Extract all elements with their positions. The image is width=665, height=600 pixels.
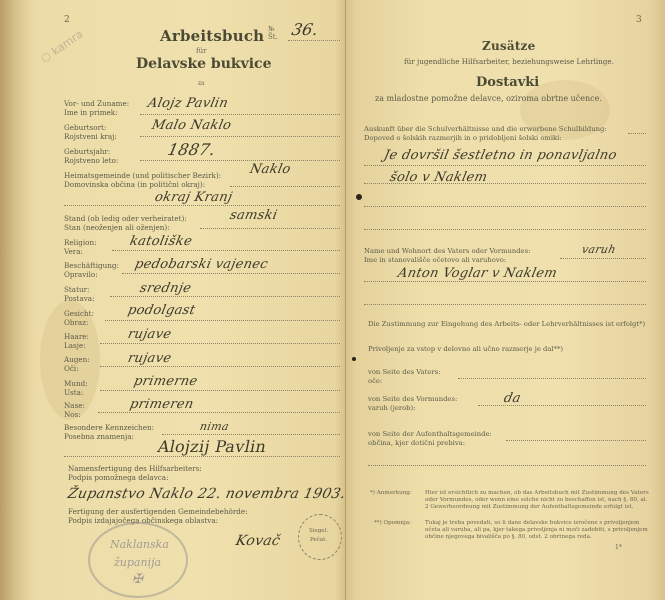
consent-label-de: Die Zustimmung zur Eingehung des Arbeits… <box>368 320 652 329</box>
field-line <box>100 390 340 391</box>
field-line <box>364 304 646 305</box>
field-line <box>364 281 646 282</box>
field-line <box>458 378 646 379</box>
fuer-text: für <box>196 47 206 55</box>
field-religion: Religion: Vera: <box>64 239 97 256</box>
field-line <box>110 296 340 297</box>
field-label-sl: Usta: <box>64 389 88 398</box>
field-label-sl: Ime in primek: <box>64 109 129 118</box>
consent-label-sl: občina, kjer dotični prebiva: <box>368 439 492 448</box>
signature-line <box>64 456 340 457</box>
consent-value-guardian: da <box>502 391 522 406</box>
title-german: Arbeitsbuch <box>160 27 264 45</box>
consent-label-sl: varuh (jerob): <box>368 404 457 413</box>
school-label-de: Auskunft über die Schulverhältnisse und … <box>364 125 607 134</box>
field-value-birthplace: Malo Naklo <box>150 118 232 133</box>
field-value-face: podolgast <box>126 303 196 318</box>
seal-placeholder: Siegel. Pečat. <box>298 514 342 560</box>
watermark-text: kamra <box>49 27 85 58</box>
field-line <box>368 465 646 466</box>
guardian-value: Anton Voglar v Naklem <box>396 266 558 281</box>
field-label-sl: Nos: <box>64 411 85 420</box>
field-value-special-marks: nima <box>199 420 231 433</box>
field-label-sl: Oči: <box>64 365 90 374</box>
consent-row-guardian: von Seite des Vormundes: varuh (jerob): <box>368 395 457 412</box>
field-label-sl: Postava: <box>64 295 95 304</box>
field-line <box>140 136 340 137</box>
number-label: № Št. <box>268 25 278 41</box>
field-value-district: okraj Kranj <box>153 190 233 205</box>
field-line <box>628 133 646 134</box>
consent-label-sl: oče: <box>368 377 440 386</box>
holder-signature: Alojzij Pavlin <box>156 437 268 456</box>
field-value-marital-status: samski <box>228 208 278 223</box>
field-hair: Haare: Lasje: <box>64 333 89 350</box>
seal-label-sl: Pečat. <box>310 537 327 543</box>
field-value-mouth: primerne <box>132 374 199 389</box>
crossed-keys-icon: ✠ <box>132 572 143 587</box>
field-line <box>122 273 340 274</box>
field-line <box>364 229 646 230</box>
field-line <box>364 165 646 166</box>
seal-label-de: Siegel. <box>309 528 328 534</box>
document-spread: ⬡ kamra 2 Arbeitsbuch № Št. 36. für Dela… <box>0 0 665 600</box>
binding-pin <box>352 357 356 361</box>
watermark: ⬡ kamra <box>39 27 86 65</box>
book-gutter <box>345 0 346 600</box>
field-name: Vor- und Zuname: Ime in primek: <box>64 100 129 117</box>
field-line <box>64 205 340 206</box>
municipal-stamp: Naklanska županija ✠ <box>88 522 188 598</box>
field-line <box>140 160 340 161</box>
field-nose: Nase: Nos: <box>64 402 85 419</box>
field-value-home-municipality: Naklo <box>248 162 292 177</box>
field-label-sl: Rojstveni kraj: <box>64 133 117 142</box>
signature-label: Namensfertigung des Hilfsarbeiters: Podp… <box>68 465 202 482</box>
subtitle-slovene: za mladostne pomožne delavce, oziroma ob… <box>375 94 602 103</box>
field-label-sl: Vera: <box>64 248 97 257</box>
book-number-value: 36. <box>290 20 320 39</box>
footnote2-mark: **) Opomnja: <box>374 520 424 527</box>
stamp-text-line2: županija <box>114 556 161 569</box>
subtitle-german: für jugendliche Hilfsarbeiter, beziehung… <box>404 57 614 66</box>
field-line <box>506 440 646 441</box>
consent-label-german: Die Zustimmung zur Eingehung des Arbeits… <box>368 320 652 329</box>
guardian-label: Name und Wohnort des Vaters oder Vormund… <box>364 247 530 264</box>
school-info-label: Auskunft über die Schulverhältnisse und … <box>364 125 607 142</box>
field-line <box>105 320 340 321</box>
field-home-municipality: Heimatsgemeinde (und politischer Bezirk)… <box>64 172 221 189</box>
field-label-sl: Stan (neoženjen ali oženjen): <box>64 224 187 233</box>
consent-row-municipality: von Seite der Aufenthaltsgemeinde: občin… <box>368 430 492 447</box>
za-text: za <box>198 80 205 87</box>
field-line <box>364 206 646 207</box>
number-label-de: № <box>268 25 278 33</box>
field-face: Gesicht: Obraz: <box>64 310 94 327</box>
field-line <box>560 258 646 259</box>
field-label-sl: Rojstveno leto: <box>64 157 118 166</box>
field-line <box>230 186 340 187</box>
number-line <box>288 40 340 41</box>
field-occupation: Beschäftigung: Opravilo: <box>64 262 119 279</box>
authority-signature: Kovač <box>234 533 282 549</box>
authority-label-sl: Podpis izdajajočega občinskega oblastva: <box>68 517 248 526</box>
signature-label-sl: Podpis pomožnega delavca: <box>68 474 202 483</box>
field-eyes: Augen: Oči: <box>64 356 90 373</box>
guardian-label-de: Name und Wohnort des Vaters oder Vormund… <box>364 247 530 256</box>
field-label-sl: Opravilo: <box>64 271 119 280</box>
title-german: Zusätze <box>482 39 535 53</box>
field-value-eyes: rujave <box>126 351 172 366</box>
authority-label: Fertigung der ausfertigenden Gemeindebeh… <box>68 508 248 525</box>
footnote2-text: Tukaj je treba povedati, so li dane dela… <box>425 520 649 540</box>
field-birthyear: Geburtsjahr: Rojstveno leto: <box>64 148 118 165</box>
footnote1-mark: *) Anmerkung: <box>370 490 424 497</box>
field-line <box>98 412 340 413</box>
field-birthplace: Geburtsort: Rojstveni kraj: <box>64 124 117 141</box>
field-value-nose: primeren <box>128 397 195 412</box>
page-edge-shadow <box>0 0 30 600</box>
footnote1-text: Hier ist ersichtlich zu machen, ob das A… <box>425 490 649 510</box>
consent-label-de: von Seite des Vaters: <box>368 368 440 377</box>
field-label-sl: Posebna znamenja: <box>64 433 154 442</box>
field-value-occupation: pedobarski vajenec <box>133 257 269 272</box>
field-value-religion: katoliške <box>128 234 193 249</box>
field-label-sl: Lasje: <box>64 342 89 351</box>
guardian-label-sl: Ime in stanovališče očetovo ali varuhovo… <box>364 256 530 265</box>
stamp-text-line1: Naklanska <box>110 538 169 551</box>
page-number: 3 <box>636 15 642 25</box>
field-line <box>100 366 340 367</box>
signature-mark: 1* <box>615 544 622 551</box>
consent-label-slovene: Privoljenje za vstop v delovno ali učno … <box>368 345 563 354</box>
field-value-name: Alojz Pavlin <box>146 96 229 111</box>
number-label-sl: Št. <box>268 33 278 41</box>
field-label-sl: Domovinska občina (in politični okraj): <box>64 181 221 190</box>
field-value-birthyear: 1887. <box>166 140 217 159</box>
issue-place-date: Županstvo Naklo 22. novembra 1903. <box>66 486 347 502</box>
field-label-sl: Obraz: <box>64 319 94 328</box>
field-line <box>162 434 340 435</box>
binding-pin <box>356 194 362 200</box>
school-value-line1: Je dovršil šestletno in ponavljalno <box>382 148 618 163</box>
field-special-marks: Besondere Kennzeichen: Posebna znamenja: <box>64 424 154 441</box>
field-line <box>364 183 646 184</box>
consent-label-de: von Seite der Aufenthaltsgemeinde: <box>368 430 492 439</box>
consent-row-father: von Seite des Vaters: oče: <box>368 368 440 385</box>
field-line <box>112 250 340 251</box>
school-label-sl: Dopoved o šolskih razmerjih in o pridobl… <box>364 134 607 143</box>
page-number: 2 <box>64 15 70 25</box>
field-line <box>140 114 340 115</box>
field-mouth: Mund: Usta: <box>64 380 88 397</box>
consent-label-de: von Seite des Vormundes: <box>368 395 457 404</box>
title-slovene: Dostavki <box>476 75 539 90</box>
field-line <box>100 343 340 344</box>
field-stature: Statur: Postava: <box>64 286 95 303</box>
field-value-hair: rujave <box>126 327 172 342</box>
title-slovene: Delavske bukvice <box>136 56 272 72</box>
field-value-stature: srednje <box>138 281 192 296</box>
field-line <box>200 228 340 229</box>
guardian-value-top: varuh <box>581 243 617 256</box>
field-marital-status: Stand (ob ledig oder verheiratet): Stan … <box>64 215 187 232</box>
